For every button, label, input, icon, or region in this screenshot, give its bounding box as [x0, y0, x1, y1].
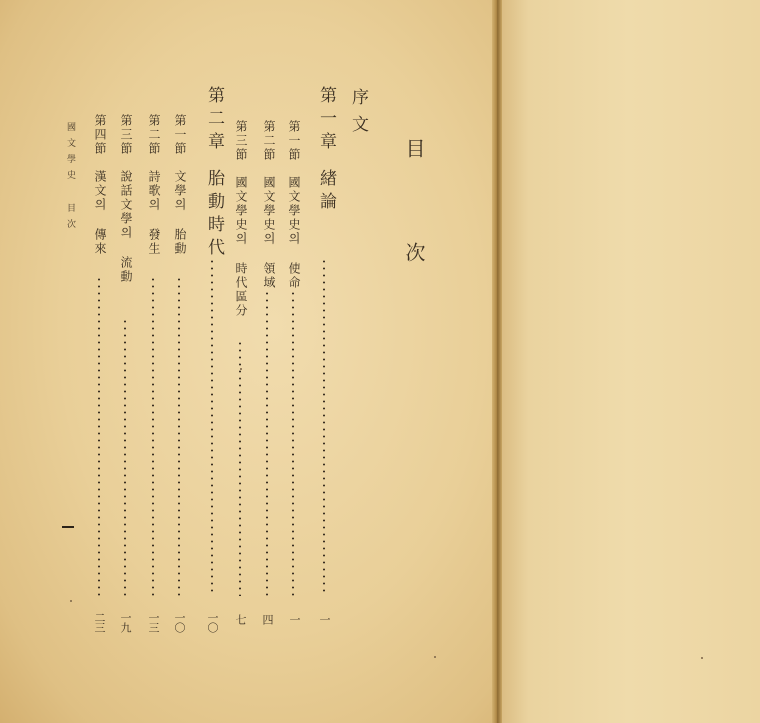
- toc-section-1-1: 第一節國文學史의 使命: [286, 120, 303, 290]
- page-number: 一: [316, 614, 332, 624]
- toc-section-1-3: 第三節國文學史의 時代區分: [233, 120, 250, 318]
- section-number: 第三節: [233, 120, 250, 162]
- section-title: 詩歌의 發生: [146, 170, 163, 256]
- chapter-title: 緖論: [314, 169, 339, 215]
- left-page: [0, 0, 497, 723]
- toc-chapter-1: 第一章緖論: [314, 86, 339, 215]
- page-number: 一九: [117, 612, 133, 632]
- toc-section-2-2: 第二節詩歌의 發生: [146, 114, 163, 256]
- dot-leader: [124, 318, 126, 596]
- page-number: 四: [259, 614, 275, 624]
- section-number: 第一節: [286, 120, 303, 162]
- dot-leader: [266, 290, 268, 596]
- book-spread: 目 次 序文 第一章緖論 一 第一節國文學史의 使命 一 第二節國文學史의 領域…: [0, 0, 760, 723]
- paper-speck: [701, 657, 703, 659]
- page-number: 一: [286, 614, 302, 624]
- dot-leader: [152, 276, 154, 596]
- section-number: 第二節: [261, 120, 278, 162]
- chapter-title: 胎動時代: [202, 169, 227, 261]
- chapter-number: 第一章: [314, 86, 339, 155]
- section-title: 國文學史의 使命: [286, 176, 303, 290]
- section-number: 第二節: [146, 114, 163, 156]
- paper-speck: [240, 368, 242, 370]
- page-number: 二三: [91, 612, 107, 632]
- section-title: 說話文學의 流動: [118, 170, 135, 284]
- toc-chapter-2: 第二章胎動時代: [202, 86, 227, 261]
- dot-leader: [211, 258, 213, 596]
- section-number: 第四節: [92, 114, 109, 156]
- folio-page-number: [62, 526, 74, 528]
- toc-title: 目 次: [400, 138, 429, 292]
- toc-preface: 序文: [346, 88, 371, 142]
- paper-speck: [414, 250, 416, 252]
- dot-leader: [98, 276, 100, 596]
- section-title: 國文學史의 時代區分: [233, 176, 250, 318]
- toc-section-1-2: 第二節國文學史의 領域: [261, 120, 278, 290]
- dot-leader: [178, 276, 180, 596]
- running-head: 國文學史 目次: [64, 122, 77, 235]
- section-number: 第一節: [172, 114, 189, 156]
- paper-speck: [434, 656, 436, 658]
- section-title: 漢文의 傳來: [92, 170, 109, 256]
- chapter-number: 第二章: [202, 86, 227, 155]
- section-title: 文學의 胎動: [172, 170, 189, 256]
- toc-section-2-3: 第三節說話文學의 流動: [118, 114, 135, 284]
- page-number: 一三: [145, 612, 161, 632]
- section-title: 國文學史의 領域: [261, 176, 278, 290]
- toc-section-2-4: 第四節漢文의 傳來: [92, 114, 109, 256]
- page-number: 七: [232, 614, 248, 624]
- page-number: 一〇: [171, 612, 187, 632]
- page-number: 一〇: [204, 612, 220, 632]
- dot-leader: [292, 290, 294, 596]
- dot-leader: [323, 258, 325, 596]
- book-gutter: [492, 0, 502, 723]
- right-page-blank: [497, 0, 760, 723]
- paper-speck: [70, 600, 72, 602]
- toc-section-2-1: 第一節文學의 胎動: [172, 114, 189, 256]
- dot-leader: [239, 340, 241, 596]
- section-number: 第三節: [118, 114, 135, 156]
